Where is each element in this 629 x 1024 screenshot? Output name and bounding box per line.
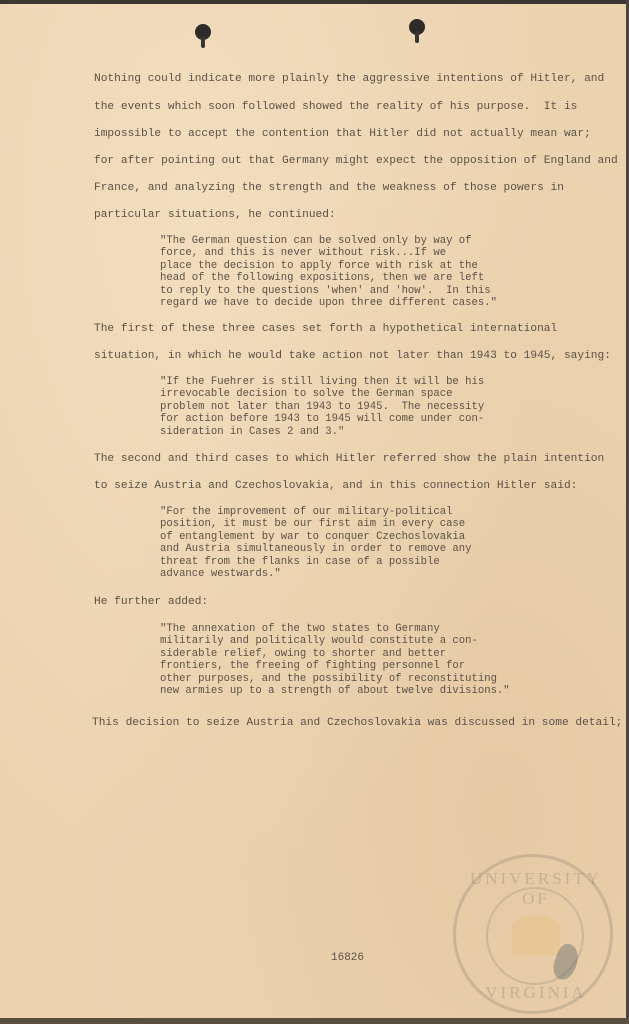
page-number: 16826 — [331, 952, 364, 964]
quote-line: and Austria simultaneously in order to r… — [160, 543, 472, 555]
quote-line: advance westwards." — [160, 568, 281, 580]
body-line: for after pointing out that Germany migh… — [94, 155, 618, 167]
body-line: The second and third cases to which Hitl… — [94, 453, 604, 465]
bottom-edge-shadow — [0, 1018, 629, 1024]
quote-line: force, and this is never without risk...… — [160, 247, 446, 259]
document-page: Nothing could indicate more plainly the … — [0, 4, 626, 1018]
body-line: France, and analyzing the strength and t… — [94, 182, 564, 194]
quote-line: problem not later than 1943 to 1945. The… — [160, 401, 484, 413]
body-line: He further added: — [94, 596, 208, 608]
body-line: The first of these three cases set forth… — [94, 323, 557, 335]
quote-line: to reply to the questions 'when' and 'ho… — [160, 285, 491, 297]
quote-line: sideration in Cases 2 and 3." — [160, 426, 344, 438]
quote-line: militarily and politically would constit… — [160, 635, 478, 647]
quote-line: regard we have to decide upon three diff… — [160, 297, 497, 309]
quote-line: other purposes, and the possibility of r… — [160, 673, 497, 685]
quote-line: "For the improvement of our military-pol… — [160, 506, 452, 518]
rotunda-icon — [512, 915, 560, 955]
quote-line: place the decision to apply force with r… — [160, 260, 478, 272]
quote-line: irrevocable decision to solve the German… — [160, 388, 452, 400]
quote-line: for action before 1943 to 1945 will come… — [160, 413, 484, 425]
quote-line: "If the Fuehrer is still living then it … — [160, 376, 484, 388]
quote-line: head of the following expositions, then … — [160, 272, 484, 284]
body-line: to seize Austria and Czechoslovakia, and… — [94, 480, 577, 492]
quote-line: position, it must be our first aim in ev… — [160, 518, 465, 530]
quote-line: "The German question can be solved only … — [160, 235, 472, 247]
quote-line: of entanglement by war to conquer Czecho… — [160, 531, 465, 543]
body-line: Nothing could indicate more plainly the … — [94, 73, 604, 85]
quote-line: frontiers, the freeing of fighting perso… — [160, 660, 465, 672]
body-line: particular situations, he continued: — [94, 209, 336, 221]
seal-bottom-text: VIRGINIA — [456, 983, 616, 1003]
quote-line: "The annexation of the two states to Ger… — [160, 623, 440, 635]
quote-line: threat from the flanks in case of a poss… — [160, 556, 440, 568]
quote-line: siderable relief, owing to shorter and b… — [160, 648, 446, 660]
body-line: This decision to seize Austria and Czech… — [92, 717, 622, 729]
university-seal-watermark: UNIVERSITY OF VIRGINIA — [453, 854, 613, 1014]
body-line: the events which soon followed showed th… — [94, 101, 577, 113]
body-line: impossible to accept the contention that… — [94, 128, 591, 140]
quote-line: new armies up to a strength of about twe… — [160, 685, 510, 697]
punch-hole-left — [195, 24, 211, 40]
body-line: situation, in which he would take action… — [94, 350, 611, 362]
punch-hole-right — [409, 19, 425, 35]
